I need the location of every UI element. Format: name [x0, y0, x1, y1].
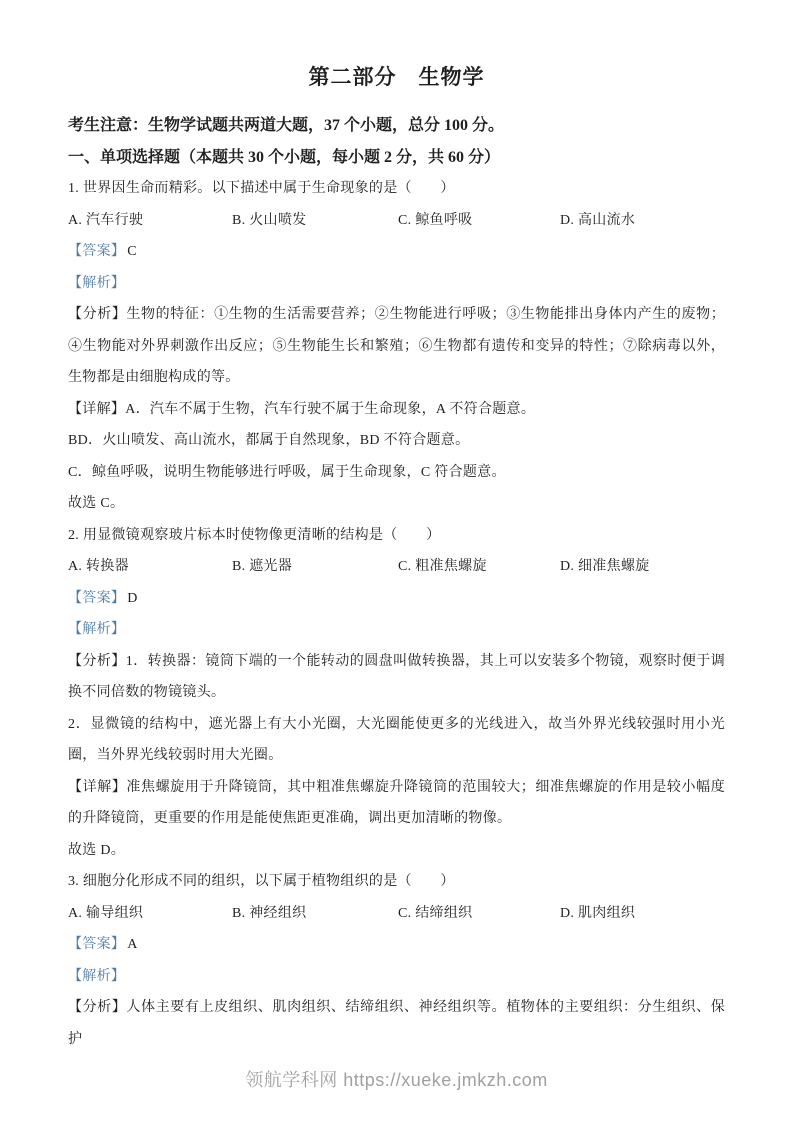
explanation-paragraph: 【分析】人体主要有上皮组织、肌肉组织、结缔组织、神经组织等。植物体的主要组织：分…: [68, 992, 725, 1055]
explanation-paragraph: 【详解】准焦螺旋用于升降镜筒，其中粗准焦螺旋升降镜筒的范围较大；细准焦螺旋的作用…: [68, 772, 725, 835]
explanation-paragraph: 【分析】生物的特征：①生物的生活需要营养；②生物能进行呼吸；③生物能排出身体内产…: [68, 299, 725, 394]
option-d: D. 细准焦螺旋: [560, 551, 725, 583]
question-block-1: 1. 世界因生命而精彩。以下描述中属于生命现象的是（ ） A. 汽车行驶 B. …: [68, 173, 725, 520]
analysis-label-line: 【解析】: [68, 614, 725, 646]
answer-line: 【答案】D: [68, 583, 725, 615]
answer-line: 【答案】A: [68, 929, 725, 961]
explanation-conclusion: 故选 C。: [68, 488, 725, 520]
page-title: 第二部分 生物学: [68, 62, 725, 92]
analysis-label: 【解析】: [68, 276, 125, 291]
question-block-3: 3. 细胞分化形成不同的组织，以下属于植物组织的是（ ） A. 输导组织 B. …: [68, 866, 725, 1055]
analysis-label-line: 【解析】: [68, 268, 725, 300]
answer-value: D: [127, 591, 137, 606]
section-heading: 一、单项选择题（本题共 30 个小题，每小题 2 分，共 60 分）: [68, 142, 725, 174]
answer-label: 【答案】: [68, 244, 125, 259]
options-row: A. 转换器 B. 遮光器 C. 粗准焦螺旋 D. 细准焦螺旋: [68, 551, 725, 583]
question-stem: 2. 用显微镜观察玻片标本时使物像更清晰的结构是（ ）: [68, 520, 725, 552]
explanation-paragraph: 2．显微镜的结构中，遮光器上有大小光圈，大光圈能使更多的光线进入，故当外界光线较…: [68, 709, 725, 772]
answer-value: C: [127, 244, 137, 259]
question-stem: 3. 细胞分化形成不同的组织，以下属于植物组织的是（ ）: [68, 866, 725, 898]
explanation-paragraph: BD．火山喷发、高山流水，都属于自然现象，BD 不符合题意。: [68, 425, 725, 457]
question-block-2: 2. 用显微镜观察玻片标本时使物像更清晰的结构是（ ） A. 转换器 B. 遮光…: [68, 520, 725, 867]
option-c: C. 粗准焦螺旋: [398, 551, 560, 583]
option-c: C. 结缔组织: [398, 898, 560, 930]
explanation-paragraph: 【详解】A．汽车不属于生物，汽车行驶不属于生命现象，A 不符合题意。: [68, 394, 725, 426]
explanation-conclusion: 故选 D。: [68, 835, 725, 867]
explanation-paragraph: C．鲸鱼呼吸，说明生物能够进行呼吸，属于生命现象，C 符合题意。: [68, 457, 725, 489]
answer-label: 【答案】: [68, 591, 125, 606]
analysis-label: 【解析】: [68, 622, 125, 637]
option-a: A. 输导组织: [68, 898, 232, 930]
answer-line: 【答案】C: [68, 236, 725, 268]
option-a: A. 汽车行驶: [68, 205, 232, 237]
footer-watermark: 领航学科网 https://xueke.jmkzh.com: [0, 1066, 793, 1092]
option-d: D. 高山流水: [560, 205, 725, 237]
answer-value: A: [127, 937, 137, 952]
option-a: A. 转换器: [68, 551, 232, 583]
option-b: B. 神经组织: [232, 898, 398, 930]
option-b: B. 遮光器: [232, 551, 398, 583]
explanation-paragraph: 【分析】1．转换器：镜筒下端的一个能转动的圆盘叫做转换器，其上可以安装多个物镜，…: [68, 646, 725, 709]
option-c: C. 鲸鱼呼吸: [398, 205, 560, 237]
exam-page: 第二部分 生物学 考生注意：生物学试题共两道大题，37 个小题，总分 100 分…: [0, 0, 793, 1122]
analysis-label: 【解析】: [68, 969, 125, 984]
exam-notice: 考生注意：生物学试题共两道大题，37 个小题，总分 100 分。: [68, 110, 725, 142]
options-row: A. 汽车行驶 B. 火山喷发 C. 鲸鱼呼吸 D. 高山流水: [68, 205, 725, 237]
question-stem: 1. 世界因生命而精彩。以下描述中属于生命现象的是（ ）: [68, 173, 725, 205]
answer-label: 【答案】: [68, 937, 125, 952]
option-d: D. 肌肉组织: [560, 898, 725, 930]
analysis-label-line: 【解析】: [68, 961, 725, 993]
option-b: B. 火山喷发: [232, 205, 398, 237]
options-row: A. 输导组织 B. 神经组织 C. 结缔组织 D. 肌肉组织: [68, 898, 725, 930]
